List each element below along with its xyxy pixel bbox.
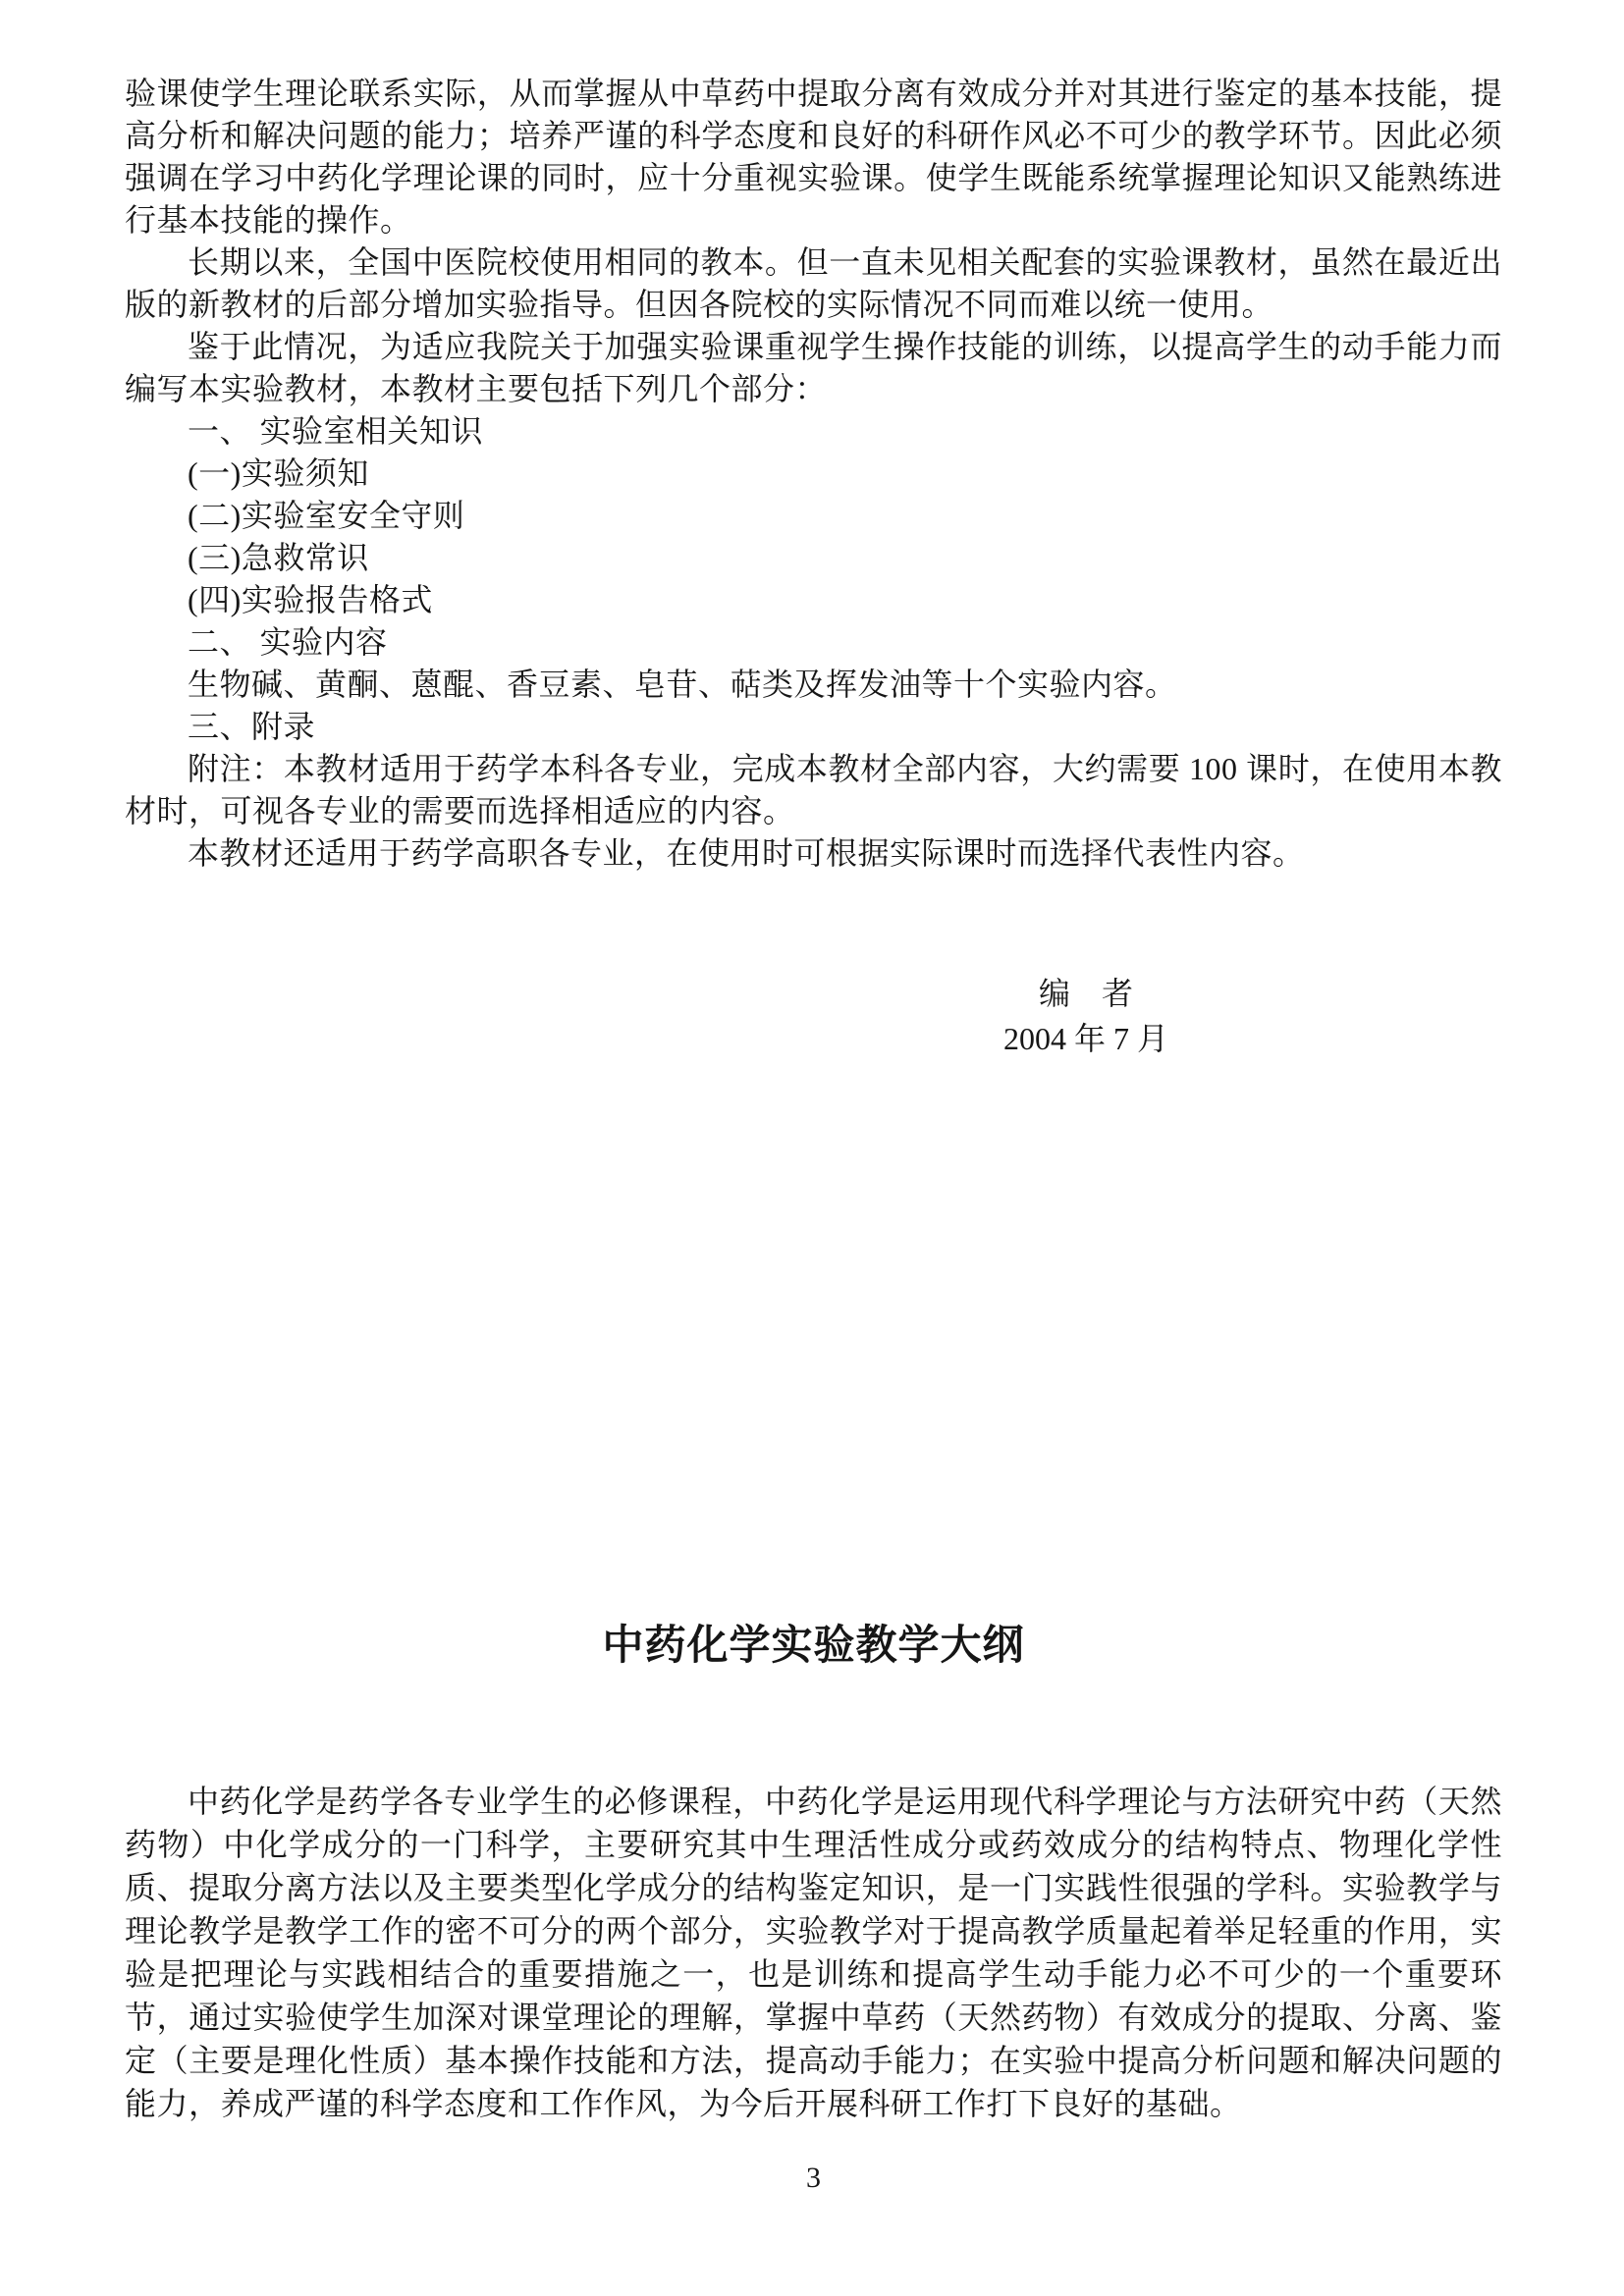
preface-paragraph: 长期以来，全国中医院校使用相同的教本。但一直未见相关配套的实验课教材，虽然在最近… [125,241,1502,326]
document-page: 验课使学生理论联系实际，从而掌握从中草药中提取分离有效成分并对其进行鉴定的基本技… [0,0,1624,2296]
list-item-section-1: 一、 实验室相关知识 [125,410,1502,453]
preface-paragraph: 本教材还适用于药学高职各专业，在使用时可根据实际课时而选择代表性内容。 [125,832,1502,875]
page-number: 3 [125,2157,1502,2200]
preface-note-paragraph: 附注：本教材适用于药学本科各专业，完成本教材全部内容，大约需要 100 课时，在… [125,748,1502,832]
list-item-1-3: (三)急救常识 [125,537,1502,579]
syllabus-title: 中药化学实验教学大纲 [125,1617,1502,1676]
signature-date: 2004 年 7 月 [1003,1016,1168,1061]
signature-author: 编 者 [1003,971,1168,1016]
list-item-1-4: (四)实验报告格式 [125,579,1502,621]
page-content: 验课使学生理论联系实际，从而掌握从中草药中提取分离有效成分并对其进行鉴定的基本技… [125,73,1502,2200]
list-item-section-2: 二、 实验内容 [125,621,1502,664]
list-item-2-detail: 生物碱、黄酮、蒽醌、香豆素、皂苷、萜类及挥发油等十个实验内容。 [125,664,1502,706]
syllabus-intro-paragraph: 中药化学是药学各专业学生的必修课程，中药化学是运用现代科学理论与方法研究中药（天… [125,1780,1502,2125]
signature-block: 编 者 2004 年 7 月 [1003,971,1168,1061]
list-item-1-1: (一)实验须知 [125,453,1502,495]
preface-paragraph-continuation: 验课使学生理论联系实际，从而掌握从中草药中提取分离有效成分并对其进行鉴定的基本技… [125,73,1502,241]
list-item-1-2: (二)实验室安全守则 [125,495,1502,537]
preface-paragraph: 鉴于此情况，为适应我院关于加强实验课重视学生操作技能的训练，以提高学生的动手能力… [125,326,1502,410]
list-item-section-3: 三、附录 [125,706,1502,748]
